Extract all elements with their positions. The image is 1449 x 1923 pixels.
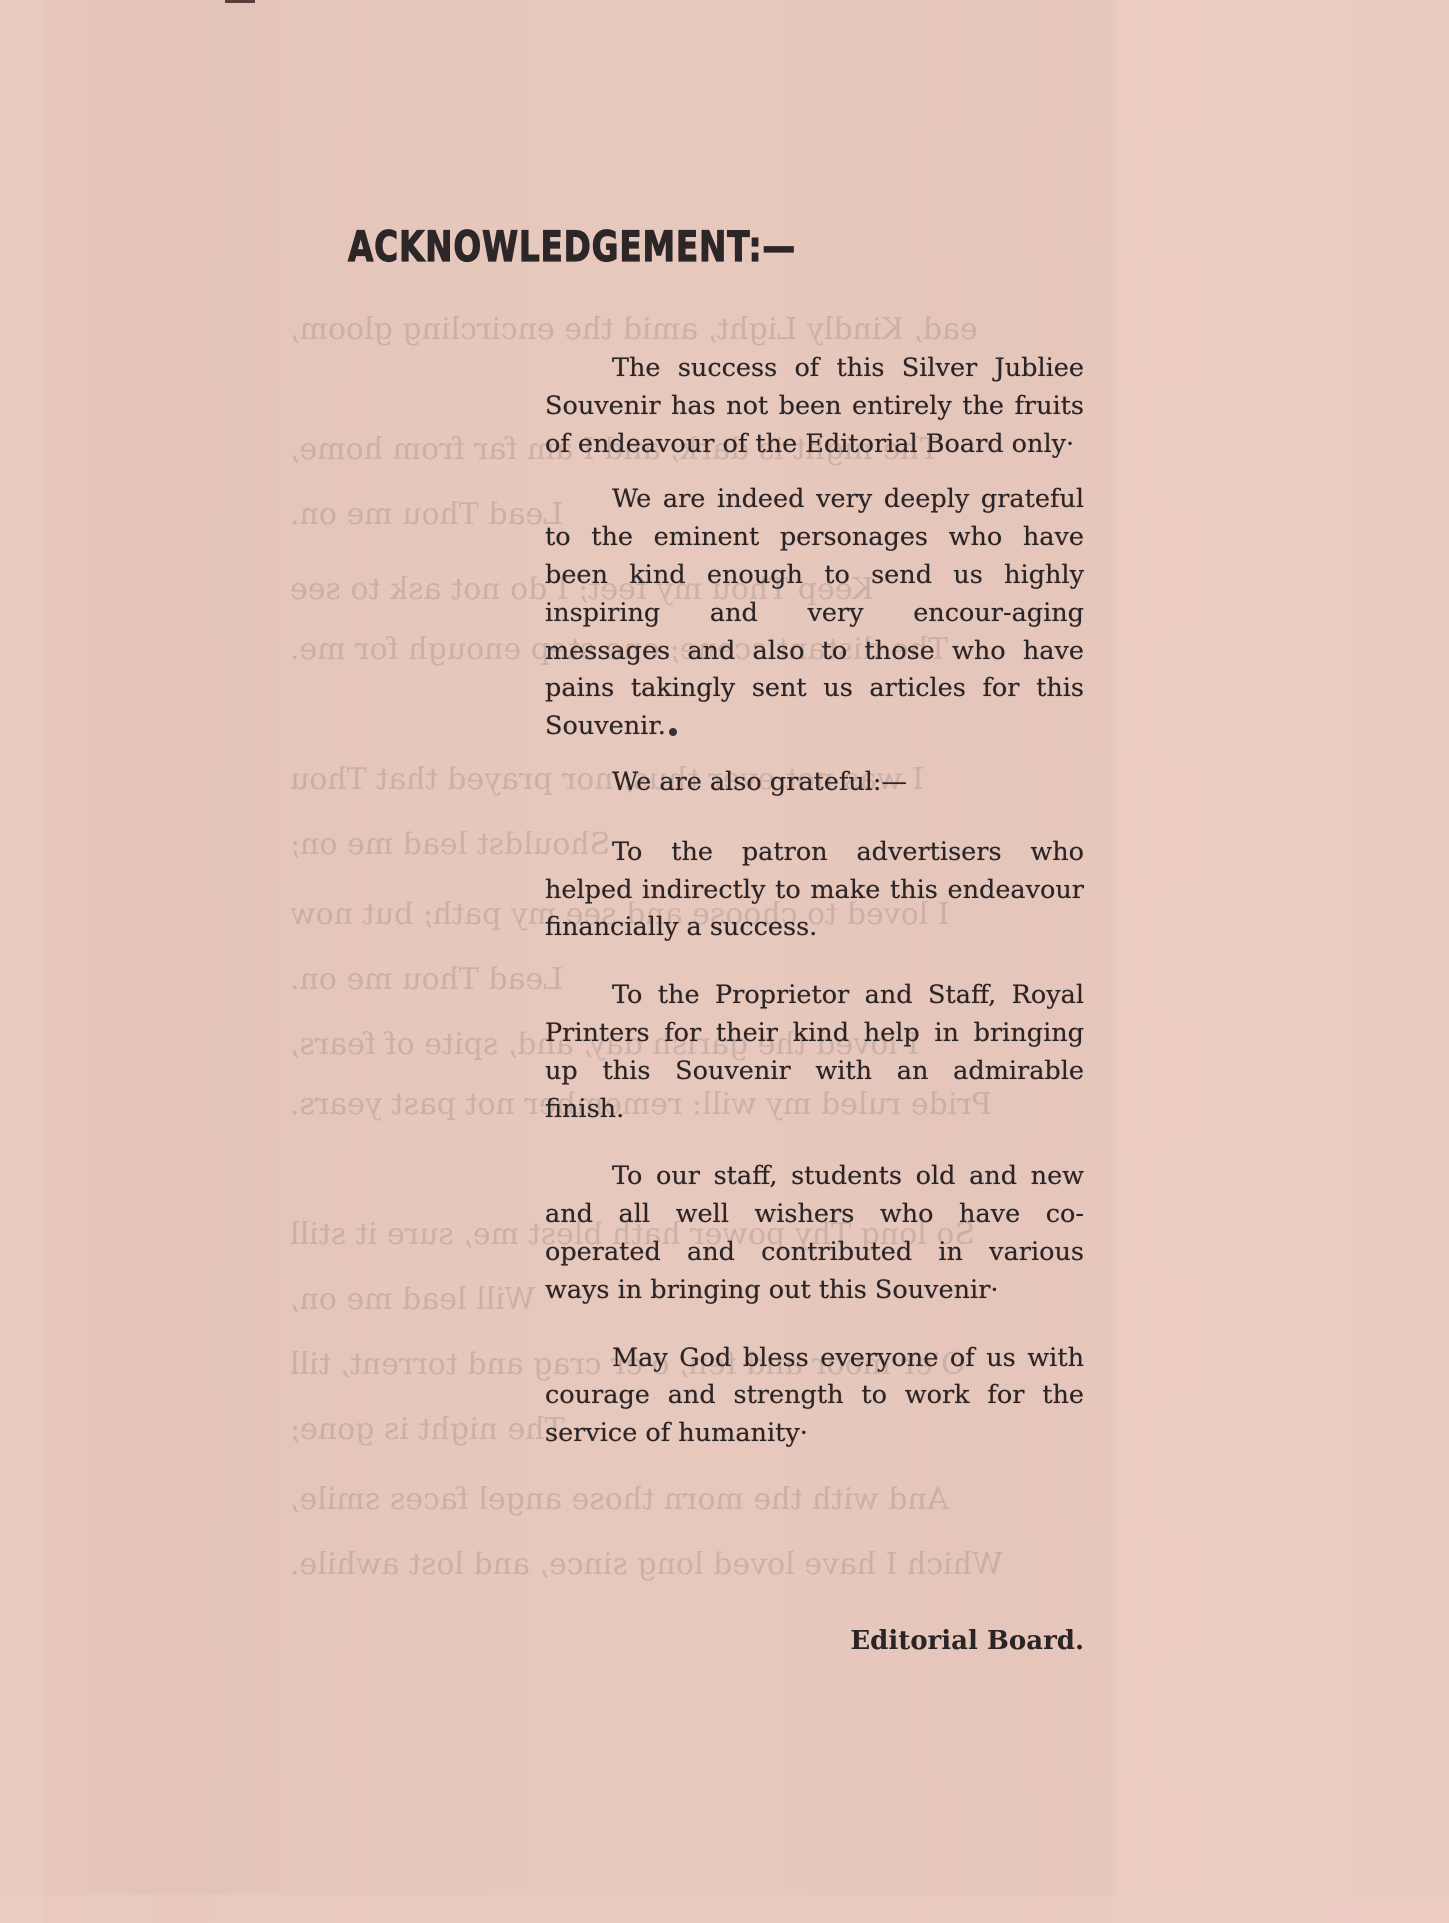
paragraph-advertisers: To the patron advertisers who helped ind… [545,834,1084,947]
scan-panel-right [1113,0,1449,1923]
paragraph-printers: To the Proprietor and Staff, Royal Print… [545,977,1084,1128]
paragraph-gratitude-personages: We are indeed very deeply grateful to th… [545,481,1084,746]
scan-edge-mark [225,0,255,3]
signature: Editorial Board. [850,1626,1084,1656]
paragraph-gratitude-text: We are indeed very deeply grateful to th… [545,484,1084,741]
paragraph-blessing: May God bless everyone of us with courag… [545,1340,1084,1453]
scan-panel-bottom [0,1895,1449,1923]
scan-panel-left [0,0,44,1923]
ink-blot [669,728,677,736]
paragraph-staff-students: To our staff, students old and new and a… [545,1158,1084,1309]
page-title: ACKNOWLEDGEMENT:— [348,222,796,271]
acknowledgement-body: The success of this Silver Jubliee Souve… [545,350,1084,1471]
subhead-also-grateful: We are also grateful:— [545,764,1084,802]
paragraph-success: The success of this Silver Jubliee Souve… [545,350,1084,463]
